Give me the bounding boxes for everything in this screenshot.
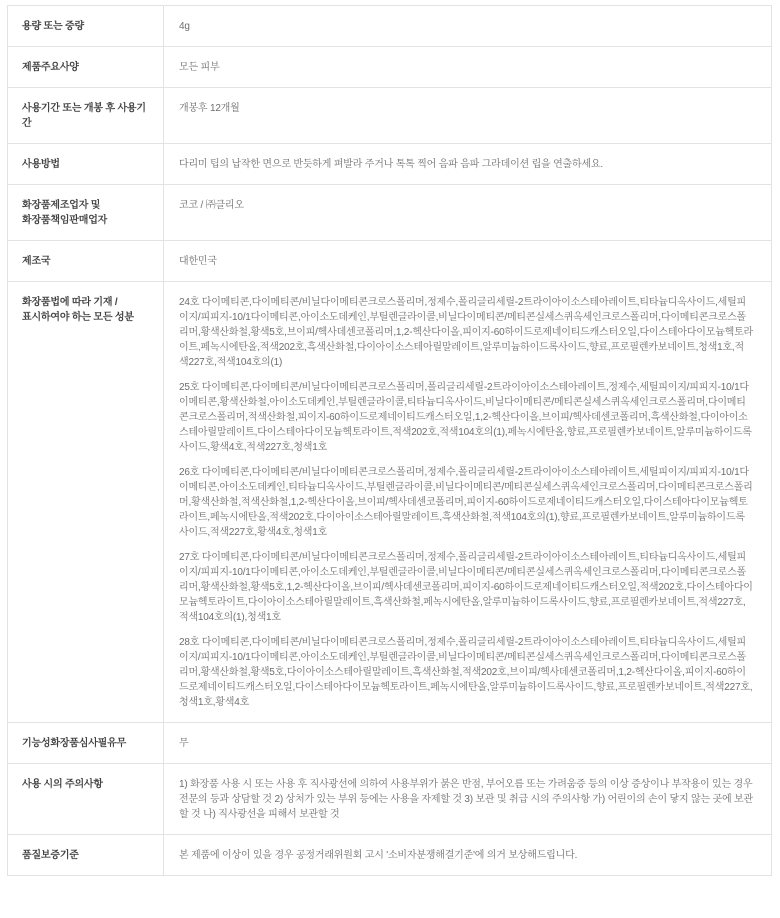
row-value-spec: 모든 피부	[164, 47, 772, 88]
row-label-how-to-use: 사용방법	[8, 144, 164, 185]
row-value-country: 대한민국	[164, 241, 772, 282]
row-value-ingredients: 24호 다이메티콘,다이메티콘/비닐다이메티콘크로스폴리머,정제수,폴리글리세릴…	[164, 282, 772, 723]
product-info-page: 용량 또는 중량 4g 제품주요사양 모든 피부 사용기간 또는 개봉 후 사용…	[0, 0, 780, 918]
table-row-spec: 제품주요사양 모든 피부	[8, 47, 772, 88]
table-row-country: 제조국 대한민국	[8, 241, 772, 282]
row-label-capacity: 용량 또는 중량	[8, 6, 164, 47]
ingredients-shade-26: 26호 다이메티콘,다이메티콘/비닐다이메티콘크로스폴리머,정제수,폴리글리세릴…	[179, 465, 753, 540]
row-label-country: 제조국	[8, 241, 164, 282]
row-value-precautions: 1) 화장품 사용 시 또는 사용 후 직사광선에 의하여 사용부위가 붉은 반…	[164, 764, 772, 835]
table-row-capacity: 용량 또는 중량 4g	[8, 6, 772, 47]
row-value-quality-guarantee: 본 제품에 이상이 있을 경우 공정거래위원회 고시 '소비자분쟁해결기준'에 …	[164, 835, 772, 876]
row-label-quality-guarantee: 품질보증기준	[8, 835, 164, 876]
row-value-how-to-use: 다리미 팁의 납작한 면으로 반듯하게 펴발라 주거나 톡톡 찍어 음파 음파 …	[164, 144, 772, 185]
row-value-usage-period: 개봉후 12개월	[164, 88, 772, 144]
ingredients-shade-24: 24호 다이메티콘,다이메티콘/비닐다이메티콘크로스폴리머,정제수,폴리글리세릴…	[179, 295, 753, 370]
row-label-precautions: 사용 시의 주의사항	[8, 764, 164, 835]
row-label-ingredients: 화장품법에 따라 기재 / 표시하여야 하는 모든 성분	[8, 282, 164, 723]
table-row-usage-period: 사용기간 또는 개봉 후 사용기간 개봉후 12개월	[8, 88, 772, 144]
product-spec-table: 용량 또는 중량 4g 제품주요사양 모든 피부 사용기간 또는 개봉 후 사용…	[7, 5, 772, 876]
row-value-manufacturer: 코코 / ㈜클리오	[164, 185, 772, 241]
table-row-precautions: 사용 시의 주의사항 1) 화장품 사용 시 또는 사용 후 직사광선에 의하여…	[8, 764, 772, 835]
row-label-manufacturer: 화장품제조업자 및 화장품책임판매업자	[8, 185, 164, 241]
row-label-spec: 제품주요사양	[8, 47, 164, 88]
row-value-functional-approval: 무	[164, 723, 772, 764]
ingredients-shade-28: 28호 다이메티콘,다이메티콘/비닐다이메티콘크로스폴리머,정제수,폴리글리세릴…	[179, 635, 753, 710]
table-row-manufacturer: 화장품제조업자 및 화장품책임판매업자 코코 / ㈜클리오	[8, 185, 772, 241]
table-row-functional-approval: 기능성화장품심사필유무 무	[8, 723, 772, 764]
row-label-functional-approval: 기능성화장품심사필유무	[8, 723, 164, 764]
ingredients-shade-25: 25호 다이메티콘,다이메티콘/비닐다이메티콘크로스폴리머,폴리글리세릴-2트라…	[179, 380, 753, 455]
row-label-usage-period: 사용기간 또는 개봉 후 사용기간	[8, 88, 164, 144]
table-row-ingredients: 화장품법에 따라 기재 / 표시하여야 하는 모든 성분 24호 다이메티콘,다…	[8, 282, 772, 723]
ingredients-shade-27: 27호 다이메티콘,다이메티콘/비닐다이메티콘크로스폴리머,정제수,폴리글리세릴…	[179, 550, 753, 625]
row-value-capacity: 4g	[164, 6, 772, 47]
table-row-how-to-use: 사용방법 다리미 팁의 납작한 면으로 반듯하게 펴발라 주거나 톡톡 찍어 음…	[8, 144, 772, 185]
table-row-quality-guarantee: 품질보증기준 본 제품에 이상이 있을 경우 공정거래위원회 고시 '소비자분쟁…	[8, 835, 772, 876]
